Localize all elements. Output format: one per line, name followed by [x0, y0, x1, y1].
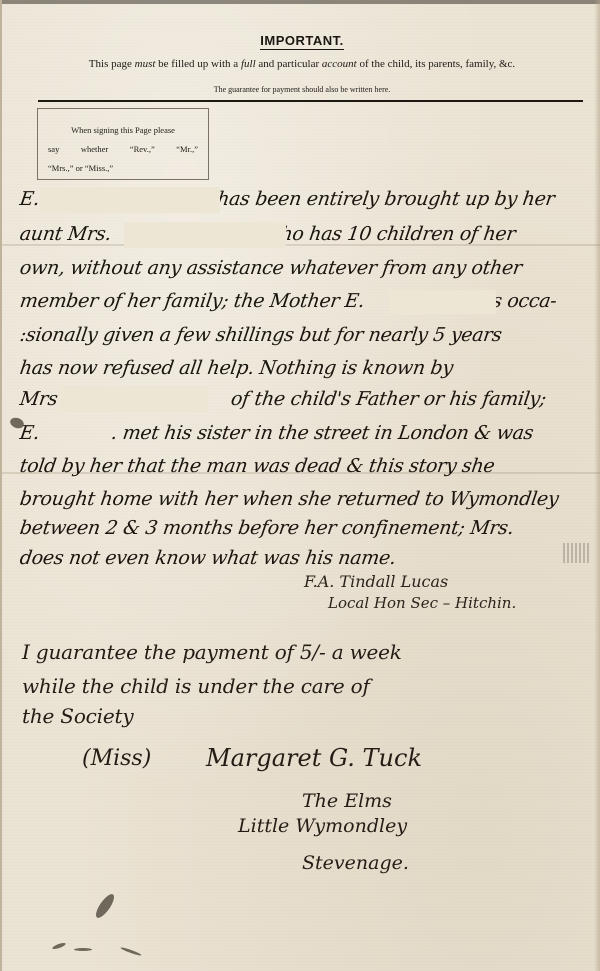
guarantee-line: the Society — [22, 704, 133, 728]
redaction-box — [58, 386, 208, 412]
account-line: :sionally given a few shillings but for … — [18, 324, 503, 346]
guarantor-signature: Margaret G. Tuck — [206, 744, 422, 772]
account-line: between 2 & 3 months before her confinem… — [18, 517, 515, 539]
account-line: does not even know what was his name. — [18, 547, 397, 569]
signbox-word: whether — [81, 140, 108, 159]
page-title: IMPORTANT. — [2, 33, 600, 48]
account-line: has now refused all help. Nothing is kno… — [18, 357, 454, 379]
account-line: own, without any assistance whatever fro… — [18, 257, 523, 279]
ink-smudge — [93, 892, 117, 921]
redaction-box — [390, 290, 496, 314]
guarantee-line: while the child is under the care of — [22, 674, 370, 698]
redaction-box — [40, 187, 220, 213]
signbox-word: “Mr.,” — [176, 140, 198, 159]
signbox-line-3: “Mrs.,” or “Miss.,” — [48, 159, 198, 178]
signbox-line-1: When signing this Page please — [48, 121, 198, 140]
guarantee-note: The guarantee for payment should also be… — [2, 85, 600, 94]
signbox-word: “Rev.,” — [130, 140, 155, 159]
secretary-signature: F.A. Tindall Lucas — [304, 572, 448, 591]
account-line: told by her that the man was dead & this… — [18, 455, 496, 477]
document-page: IMPORTANT. This page must be filled up w… — [0, 0, 600, 971]
account-line: E.. met his sister in the street in Lond… — [18, 422, 534, 444]
ink-smudge — [120, 946, 142, 956]
address-line: Little Wymondley — [238, 815, 407, 837]
address-line: The Elms — [302, 790, 392, 812]
address-line: Stevenage. — [302, 852, 409, 874]
ink-smudge — [74, 948, 92, 951]
guarantor-title: (Miss) — [82, 746, 151, 771]
faint-stamp-mark — [563, 543, 589, 563]
guarantee-line: I guarantee the payment of 5/- a week — [22, 640, 402, 664]
signing-instructions-box: When signing this Page please say whethe… — [37, 108, 209, 180]
ink-smudge — [52, 942, 67, 951]
signbox-word: say — [48, 140, 59, 159]
instruction-text: This page must be filled up with a full … — [2, 58, 600, 70]
header-rule — [38, 100, 583, 102]
secretary-title: Local Hon Sec – Hitchin. — [328, 594, 516, 612]
redaction-box — [124, 222, 286, 248]
page-right-edge — [594, 0, 600, 971]
signbox-line-2: say whether “Rev.,” “Mr.,” — [48, 140, 198, 159]
account-line: brought home with her when she returned … — [18, 488, 559, 510]
page-top-edge — [2, 0, 600, 4]
